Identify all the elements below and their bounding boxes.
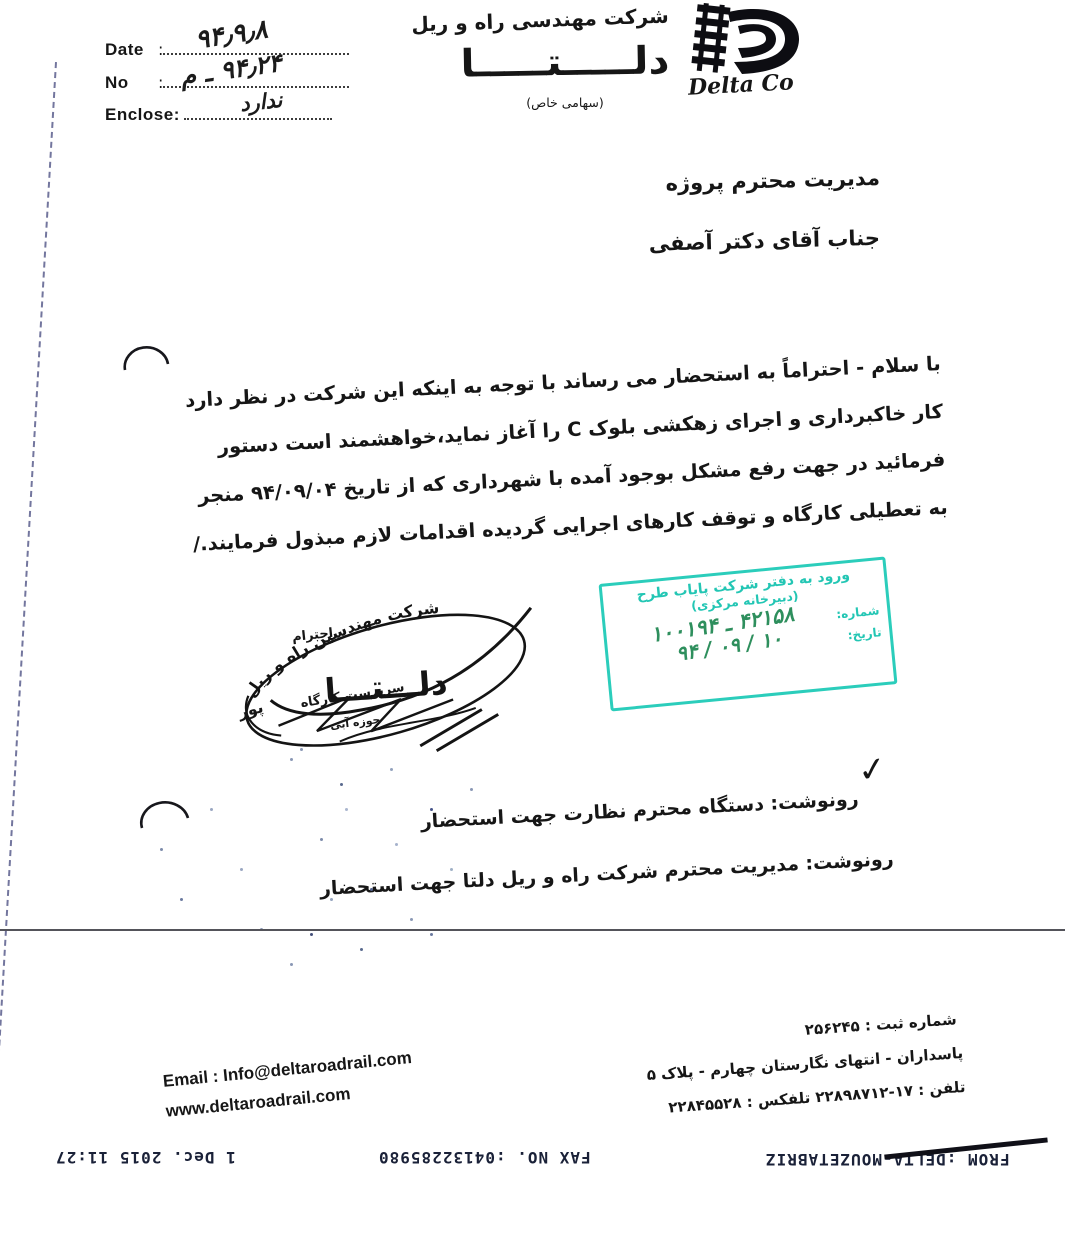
fax-number: FAX NO. :04132285980 — [378, 1148, 591, 1167]
pen-arc-mark-2 — [138, 798, 194, 832]
enclose-label: Enclose: — [105, 105, 180, 125]
scan-divider-line — [0, 929, 1065, 931]
cc-line-1: رونوشت: دستگاه محترم نظارت جهت استحضار — [341, 788, 859, 837]
cc-line-2: رونوشت: مدیریت محترم شرکت راه و ریل دلتا… — [329, 848, 894, 900]
footer-contact-web: Email : Info@deltaroadrail.com www.delta… — [162, 1048, 416, 1122]
entry-stamp-date-label: تاریخ: — [846, 619, 882, 642]
company-type: (سهامی خاص) — [455, 95, 675, 110]
letter-body: با سلام - احتراماً به استحضار می رساند ب… — [151, 352, 940, 391]
body-line-2: کار خاکبرداری و اجرای زهکشی بلوک C را آغ… — [217, 400, 943, 458]
pen-arc-mark-1 — [120, 342, 174, 374]
logo-caption: Delta Co — [687, 69, 794, 100]
no-label: No — [105, 73, 129, 93]
scan-noise-speckles — [300, 748, 303, 751]
recipient-line-2: جناب آقای دکتر آصفی — [560, 226, 881, 258]
date-label: Date — [105, 40, 144, 60]
entry-stamp: ورود به دفتر شرکت پایاب طرح (دبیرخانه مر… — [599, 556, 898, 711]
fax-from: FROM :DELTA-MOUZETABRIZ — [765, 1150, 1010, 1169]
fax-datetime: 1 Dec. 2015 11:27 — [55, 1148, 236, 1167]
body-line-1: با سلام - احتراماً به استحضار می رساند ب… — [185, 352, 941, 412]
footer-company-info: شماره ثبت : ۲۵۶۲۴۵ پاسداران - انتهای نگا… — [601, 1010, 960, 1035]
company-name-line: شرکت مهندسی راه و ریل — [400, 3, 681, 37]
body-line-3: فرمائید در جهت رفع مشکل بوجود آمده با شه… — [198, 448, 946, 508]
scan-artifact-dashed-line — [0, 62, 57, 1235]
enclose-handwritten-value: ندارد — [239, 88, 283, 116]
address-line: پاسداران - انتهای نگارستان چهارم - پلاک … — [646, 1044, 964, 1084]
company-name-big: دلـــــتـــــا — [446, 38, 684, 86]
phone-line: تلفن : ۱۷-۲۲۸۹۸۷۱۲ تلفکس : ۲۲۸۴۵۵۲۸ — [668, 1078, 966, 1117]
scanned-letter-page: Date : ۹۴٫۹٫۸ No : م ـ ۹۴٫۲۴ Enclose: ند… — [0, 0, 1065, 1240]
recipient-line-1: مدیریت محترم پروژه — [560, 166, 881, 198]
registration-number-line: شماره ثبت : ۲۵۶۲۴۵ — [804, 1010, 957, 1039]
checkmark: ✓ — [855, 748, 889, 792]
entry-stamp-number-label: شماره: — [835, 597, 880, 621]
body-line-4: به تعطیلی کارگاه و توقف کارهای اجرایی گر… — [192, 496, 948, 556]
delta-co-logo — [672, 0, 817, 80]
